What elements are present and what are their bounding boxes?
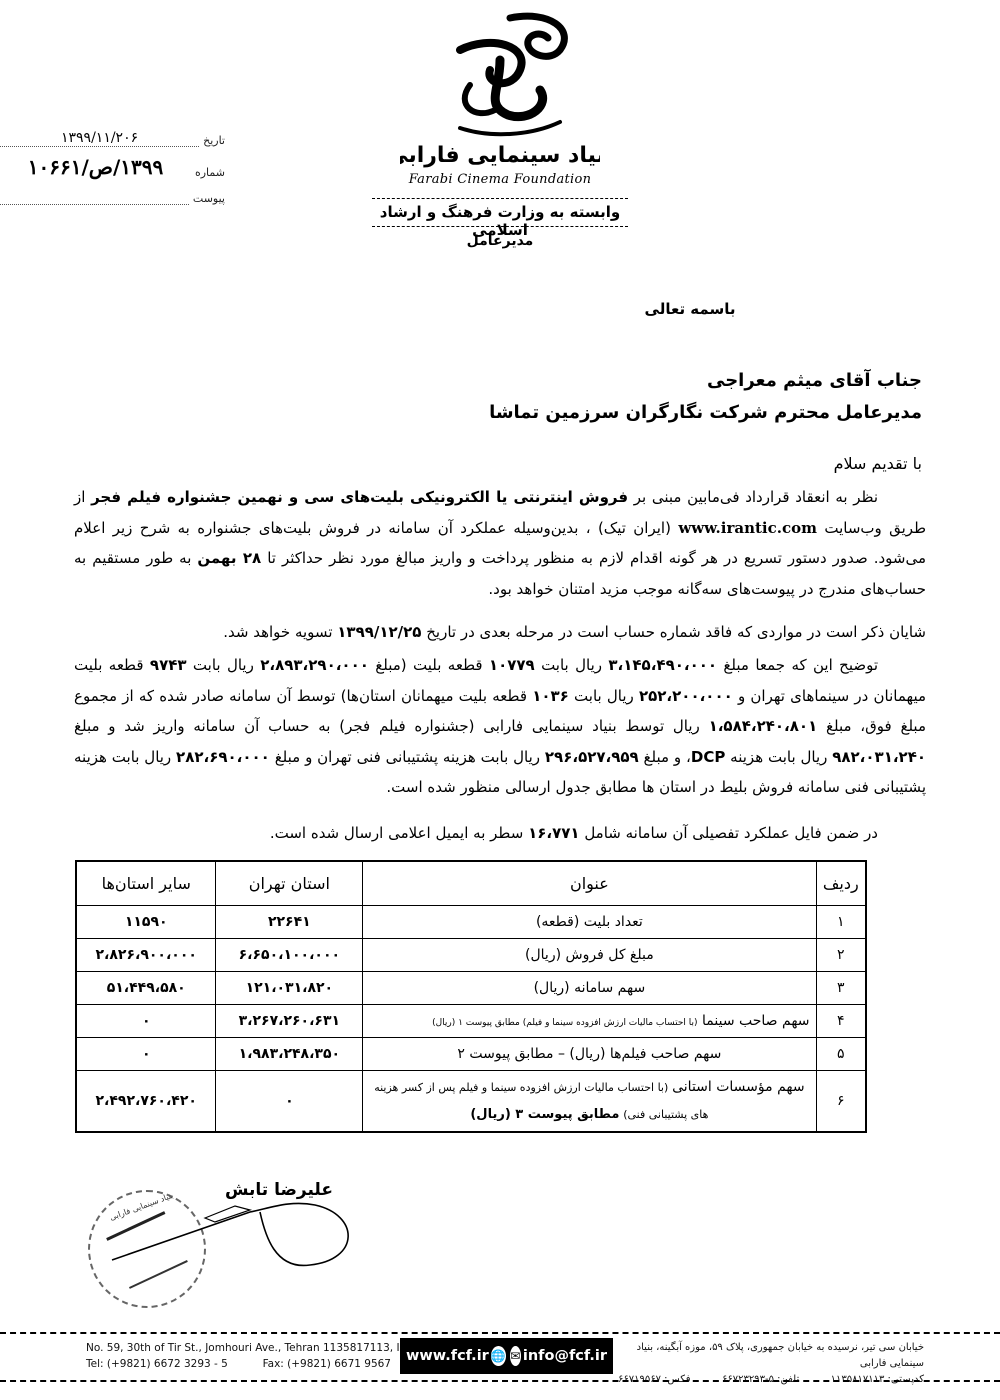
text-run: قطعه بلیت (مبلغ bbox=[369, 656, 489, 674]
paragraph-contract: نظر به انعقاد قرارداد فی‌مابین مبنی بر ف… bbox=[74, 482, 926, 604]
irantic-url: www.irantic.com bbox=[678, 519, 817, 537]
header-divider-top bbox=[372, 198, 628, 199]
table-row: ۶ سهم مؤسسات استانی (با احتساب مالیات ار… bbox=[76, 1070, 866, 1132]
cell-tehran: ۲۲۶۴۱ bbox=[216, 905, 363, 938]
calligraphy-logo-icon: بنیاد سینمایی فارابی bbox=[400, 10, 600, 170]
header-other-provinces: سایر استان‌ها bbox=[76, 861, 216, 905]
ticket-count-total: ۱۰۷۷۹ bbox=[489, 656, 535, 674]
footer-address-english: No. 59, 30th of Tir St., Jomhouri Ave., … bbox=[86, 1340, 417, 1372]
cell-others: ۰ bbox=[76, 1037, 216, 1070]
text-run: ریال بابت bbox=[535, 656, 609, 674]
signatory-name: علیرضا تابش bbox=[225, 1180, 333, 1200]
text-run: ریال بابت bbox=[569, 687, 639, 705]
position-title: مدیرعامل bbox=[420, 233, 580, 249]
deadline-date: ۲۸ بهمن bbox=[197, 549, 261, 567]
cell-title: سهم سامانه (ریال) bbox=[363, 971, 816, 1004]
cell-tehran: ۱،۹۸۳،۲۴۸،۳۵۰ bbox=[216, 1037, 363, 1070]
text-run: ریال توسط بنیاد سینمایی فارابی (جشنواره … bbox=[74, 717, 709, 735]
cell-title-note: (با احتساب مالیات ارزش افزوده سینما و فی… bbox=[432, 1018, 697, 1028]
cell-others: ۲،۴۹۲،۷۶۰،۴۲۰ bbox=[76, 1070, 216, 1132]
cell-title-tail: مطابق پیوست ۳ (ریال) bbox=[470, 1107, 619, 1122]
cell-title-main: سهم صاحب سینما bbox=[702, 1013, 810, 1029]
dcp-label: DCP bbox=[691, 748, 725, 766]
cell-title: سهم صاحب سینما (با احتساب مالیات ارزش اف… bbox=[363, 1004, 816, 1037]
logo-latin-text: Farabi Cinema Foundation bbox=[400, 172, 600, 187]
cell-no: ۵ bbox=[816, 1037, 866, 1070]
cell-others: ۱۱۵۹۰ bbox=[76, 905, 216, 938]
text-run: نظر به انعقاد قرارداد فی‌مابین مبنی بر bbox=[628, 488, 878, 506]
addressee-title: مدیرعامل محترم شرکت نگارگران سرزمین تماش… bbox=[489, 402, 922, 423]
festival-sales-highlight: فروش اینترنتی یا الکترونیکی بلیت‌های سی … bbox=[91, 488, 628, 506]
foundation-logo: بنیاد سینمایی فارابی bbox=[370, 10, 630, 180]
envelope-icon: ✉ bbox=[510, 1346, 521, 1366]
cell-no: ۲ bbox=[816, 938, 866, 971]
addressee-name: جناب آقای میثم معراجی bbox=[707, 370, 922, 391]
text-run: توضیح این که جمعا مبلغ bbox=[717, 656, 878, 674]
amount-tehran: ۲،۸۹۳،۲۹۰،۰۰۰ bbox=[260, 656, 369, 674]
text-run: ریال بابت bbox=[187, 656, 261, 674]
footer-address-en: No. 59, 30th of Tir St., Jomhouri Ave., … bbox=[86, 1340, 417, 1356]
performance-table: ردیف عنوان استان تهران سایر استان‌ها ۱ ت… bbox=[75, 860, 867, 1133]
footer-tel-en: Tel: (+9821) 6672 3293 - 5 bbox=[86, 1356, 228, 1372]
cell-others: ۵۱،۴۴۹،۵۸۰ bbox=[76, 971, 216, 1004]
cell-tehran: ۶،۶۵۰،۱۰۰،۰۰۰ bbox=[216, 938, 363, 971]
text-run: ریال بابت هزینه پشتیبانی فنی تهران و مبل… bbox=[270, 748, 545, 766]
ticket-count-tehran: ۹۷۴۳ bbox=[150, 656, 187, 674]
text-run: در ضمن فایل عملکرد تفصیلی آن سامانه شامل bbox=[580, 824, 878, 842]
number-label: شماره bbox=[195, 166, 225, 179]
text-run: ریال بابت هزینه bbox=[725, 748, 832, 766]
paragraph-detail-file: در ضمن فایل عملکرد تفصیلی آن سامانه شامل… bbox=[74, 818, 926, 849]
cell-title-main: سهم مؤسسات استانی bbox=[672, 1079, 804, 1095]
header-title: عنوان bbox=[363, 861, 816, 905]
footer-divider-bottom bbox=[0, 1380, 1000, 1382]
table-row: ۴ سهم صاحب سینما (با احتساب مالیات ارزش … bbox=[76, 1004, 866, 1037]
footer-address-fa: خیابان سی تیر، نرسیده به خیابان جمهوری، … bbox=[618, 1340, 924, 1372]
settlement-date: ۱۳۹۹/۱۲/۲۵ bbox=[337, 623, 421, 641]
cell-no: ۱ bbox=[816, 905, 866, 938]
table-row: ۱ تعداد بلیت (قطعه) ۲۲۶۴۱ ۱۱۵۹۰ bbox=[76, 905, 866, 938]
svg-text:بنیاد سینمایی فارابی: بنیاد سینمایی فارابی bbox=[400, 143, 600, 168]
header-row-no: ردیف bbox=[816, 861, 866, 905]
text-run: سطر به ایمیل اعلامی ارسال شده است. bbox=[270, 824, 528, 842]
attachment-label: پیوست bbox=[193, 192, 225, 205]
email-link[interactable]: info@fcf.ir bbox=[523, 1348, 607, 1364]
table-row: ۲ مبلغ کل فروش (ریال) ۶،۶۵۰،۱۰۰،۰۰۰ ۲،۸۲… bbox=[76, 938, 866, 971]
cell-no: ۶ bbox=[816, 1070, 866, 1132]
official-stamp-icon: بنیاد سینمایی فارابی bbox=[88, 1190, 206, 1308]
website-link[interactable]: www.fcf.ir bbox=[406, 1348, 489, 1364]
cell-title: سهم مؤسسات استانی (با احتساب مالیات ارزش… bbox=[363, 1070, 816, 1132]
footer-contact-badge: www.fcf.ir 🌐 ✉ info@fcf.ir bbox=[400, 1338, 613, 1374]
table-row: ۳ سهم سامانه (ریال) ۱۲۱،۰۳۱،۸۲۰ ۵۱،۴۴۹،۵… bbox=[76, 971, 866, 1004]
cell-tehran: ۰ bbox=[216, 1070, 363, 1132]
text-run: شایان ذکر است در مواردی که فاقد شماره حس… bbox=[421, 623, 926, 641]
amount-total: ۳،۱۴۵،۴۹۰،۰۰۰ bbox=[608, 656, 717, 674]
cell-no: ۳ bbox=[816, 971, 866, 1004]
header-tehran: استان تهران bbox=[216, 861, 363, 905]
ticket-count-provinces: ۱۰۳۶ bbox=[532, 687, 569, 705]
cell-title: تعداد بلیت (قطعه) bbox=[363, 905, 816, 938]
header-divider-bottom bbox=[372, 226, 628, 227]
cell-no: ۴ bbox=[816, 1004, 866, 1037]
cell-tehran: ۱۲۱،۰۳۱،۸۲۰ bbox=[216, 971, 363, 1004]
amount-support-provinces: ۲۸۲،۶۹۰،۰۰۰ bbox=[176, 748, 270, 766]
amount-support-tehran: ۲۹۶،۵۲۷،۹۵۹ bbox=[545, 748, 639, 766]
greeting: با تقدیم سلام bbox=[834, 454, 922, 473]
footer-fax-en: Fax: (+9821) 6671 9567 bbox=[263, 1356, 391, 1372]
meta-attachment: پیوست bbox=[0, 192, 225, 205]
cell-others: ۲،۸۲۶،۹۰۰،۰۰۰ bbox=[76, 938, 216, 971]
date-label: تاریخ bbox=[203, 134, 225, 147]
stamp-emblem bbox=[106, 1211, 188, 1289]
footer-contact-en: Tel: (+9821) 6672 3293 - 5 Fax: (+9821) … bbox=[86, 1356, 391, 1372]
meta-number: شماره ۱۳۹۹/ص/۱۰۶۶۱ bbox=[0, 155, 225, 179]
paragraph-explanation: توضیح این که جمعا مبلغ ۳،۱۴۵،۴۹۰،۰۰۰ ریا… bbox=[74, 650, 926, 803]
attachment-value bbox=[0, 204, 189, 205]
table-header-row: ردیف عنوان استان تهران سایر استان‌ها bbox=[76, 861, 866, 905]
table-row: ۵ سهم صاحب فیلم‌ها (ریال) – مطابق پیوست … bbox=[76, 1037, 866, 1070]
cell-title: مبلغ کل فروش (ریال) bbox=[363, 938, 816, 971]
text-run: تسویه خواهد شد. bbox=[223, 623, 337, 641]
text-run: ، و مبلغ bbox=[639, 748, 691, 766]
cell-title: سهم صاحب فیلم‌ها (ریال) – مطابق پیوست ۲ bbox=[363, 1037, 816, 1070]
footer-divider-top bbox=[0, 1332, 1000, 1334]
amount-deposited: ۱،۵۸۴،۲۴۰،۸۰۱ bbox=[709, 717, 818, 735]
globe-icon: 🌐 bbox=[491, 1346, 506, 1366]
cell-tehran: ۳،۲۶۷،۲۶۰،۶۳۱ bbox=[216, 1004, 363, 1037]
row-count: ۱۶،۷۷۱ bbox=[528, 824, 579, 842]
date-value: ۱۳۹۹/۱۱/۲۰۶ bbox=[0, 130, 199, 147]
paragraph-settlement: شایان ذکر است در مواردی که فاقد شماره حس… bbox=[74, 617, 926, 648]
amount-dcp: ۹۸۲،۰۳۱،۲۴۰ bbox=[832, 748, 926, 766]
cell-others: ۰ bbox=[76, 1004, 216, 1037]
invocation: باسمه تعالی bbox=[620, 300, 760, 318]
amount-provinces: ۲۵۲،۲۰۰،۰۰۰ bbox=[639, 687, 733, 705]
number-value: ۱۳۹۹/ص/۱۰۶۶۱ bbox=[0, 155, 191, 179]
meta-date: تاریخ ۱۳۹۹/۱۱/۲۰۶ bbox=[0, 130, 225, 147]
